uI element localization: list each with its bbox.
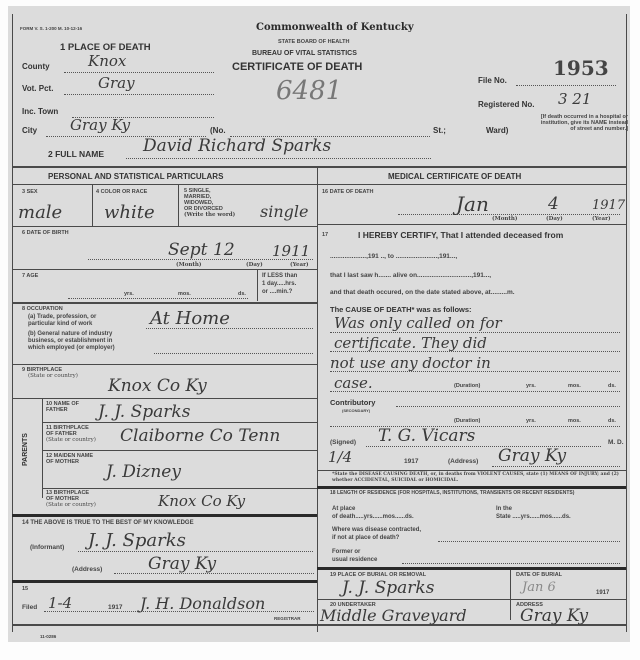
burial-date-value: Jan 6	[522, 580, 556, 595]
street-label: St.;	[433, 126, 446, 135]
informant-label: (Informant)	[30, 544, 64, 551]
dob-year-caption: (Year)	[290, 262, 309, 268]
dod-month: Jan	[456, 192, 489, 216]
parents-label: PARENTS	[22, 433, 29, 466]
dod-year: 1917	[592, 198, 625, 213]
cause-ds: ds.	[608, 383, 616, 389]
filed-year: 1917	[108, 604, 122, 611]
physician-address-value: Gray Ky	[498, 446, 566, 466]
mother-name-label: 12 MAIDEN NAME OF MOTHER	[46, 453, 93, 465]
registered-no-label: Registered No.	[478, 100, 534, 109]
age-ds: ds.	[238, 291, 246, 297]
signed-value: T. G. Vicars	[378, 426, 475, 446]
issuer-title: Commonwealth of Kentucky	[256, 22, 414, 33]
secondary-label: (SECONDARY)	[342, 408, 370, 413]
physician-address-label: (Address)	[448, 458, 478, 465]
burial-year: 1917	[596, 590, 609, 596]
certify-number: 17	[322, 232, 328, 238]
full-name-value: David Richard Sparks	[143, 136, 331, 156]
race-value: white	[104, 202, 155, 223]
cause-line-3: not use any doctor in	[330, 354, 491, 372]
former-residence-label: Former or usual residence	[332, 548, 377, 564]
in-state-label: In the	[496, 506, 512, 512]
father-birthplace-value: Claiborne Co Tenn	[120, 426, 280, 446]
informant-value: J. J. Sparks	[88, 530, 186, 551]
age-label: 7 AGE	[22, 273, 38, 279]
right-border	[626, 14, 627, 632]
sex-label: 3 SEX	[22, 189, 38, 195]
medical-heading: MEDICAL CERTIFICATE OF DEATH	[388, 172, 521, 181]
dod-label: 16 DATE OF DEATH	[322, 189, 373, 195]
at-place-label: At place	[332, 506, 355, 512]
contributory-mos: mos.	[568, 418, 581, 424]
mother-birthplace-value: Knox Co Ky	[158, 492, 245, 510]
city-value: Gray Ky	[70, 116, 130, 134]
cause-mos: mos.	[568, 383, 581, 389]
county-value: Knox	[88, 52, 126, 70]
father-name-value: J. J. Sparks	[98, 402, 190, 422]
age-yrs: yrs.	[124, 291, 134, 297]
dod-day: 4	[548, 194, 559, 214]
cause-line-2: certificate. They did	[334, 334, 487, 352]
contributory-yrs: yrs.	[526, 418, 536, 424]
occupation-label: 8 OCCUPATION	[22, 306, 63, 312]
signed-label: (Signed)	[330, 439, 356, 446]
race-label: 4 COLOR OR RACE	[96, 189, 147, 195]
cause-label: The CAUSE OF DEATH* was as follows:	[330, 305, 472, 314]
full-name-label: 2 FULL NAME	[48, 149, 104, 159]
registrar-signature: J. H. Donaldson	[140, 594, 265, 613]
birthplace-value: Knox Co Ky	[108, 376, 207, 396]
dob-month-caption: (Month)	[176, 262, 202, 268]
certificate-number: 6481	[276, 76, 342, 106]
form-number: FORM V. S. 1-200 M. 10-12-16	[20, 26, 82, 31]
mother-birthplace-label: 13 BIRTHPLACE OF MOTHER (State or countr…	[46, 490, 96, 508]
cause-line-1: Was only called on for	[334, 314, 502, 332]
dob-label: 6 DATE OF BIRTH	[22, 230, 69, 236]
filed-date: 1-4	[48, 594, 72, 612]
contracted-label: Where was disease contracted, if not at …	[332, 526, 421, 542]
address-label: (Address)	[72, 566, 102, 573]
dod-day-caption: (Day)	[546, 216, 563, 222]
cause-yrs: yrs.	[526, 383, 536, 389]
contributory-ds: ds.	[608, 418, 616, 424]
cause-footnote: *State the DISEASE CAUSING DEATH, or, in…	[332, 472, 622, 484]
contributory-duration-label: (Duration)	[454, 418, 480, 424]
birthplace-caption: (State or country)	[28, 373, 78, 379]
county-label: County	[22, 62, 50, 71]
md-label: M. D.	[608, 439, 624, 446]
dod-month-caption: (Month)	[492, 216, 518, 222]
from-to-line: ....................,191 .., to ........…	[330, 253, 457, 260]
section-15-number: 15	[22, 586, 28, 592]
file-no-label: File No.	[478, 76, 507, 85]
dod-year-caption: (Year)	[592, 216, 611, 222]
knowledge-label: 14 THE ABOVE IS TRUE TO THE BEST OF MY K…	[22, 520, 194, 526]
stamp-number: 1953	[553, 56, 609, 80]
dob-month: Sept	[168, 240, 207, 260]
dob-day-caption: (Day)	[246, 262, 263, 268]
occupation-a-label: (a) Trade, profession, or particular kin…	[28, 314, 96, 328]
registered-no-value: 3 21	[558, 90, 591, 108]
certify-text: I HEREBY CERTIFY, That I attended deceas…	[358, 230, 563, 240]
no-label: (No.	[210, 126, 226, 135]
ward-label: Ward)	[486, 126, 508, 135]
informant-address-value: Gray Ky	[148, 554, 216, 574]
sex-value: male	[18, 202, 62, 223]
bureau-title: BUREAU OF VITAL STATISTICS	[252, 50, 357, 57]
column-divider	[317, 166, 318, 632]
dob-day: 12	[213, 240, 235, 260]
last-saw-line: that I last saw h....... alive on.......…	[330, 272, 491, 279]
cause-duration-label: (Duration)	[454, 383, 480, 389]
occupation-b-label: (b) General nature of industry business,…	[28, 331, 115, 352]
marital-label: 5 SINGLE, MARRIED, WIDOWED, OR DIVORCED …	[184, 188, 235, 218]
signed-year: 1917	[404, 458, 418, 465]
footer-code: 11-0286	[40, 634, 56, 639]
burial-place-value: J. J. Sparks	[342, 578, 434, 598]
age-mos: mos.	[178, 291, 191, 297]
less-than-note: If LESS than 1 day.....hrs. or ....min.?	[262, 272, 297, 296]
inc-town-label: Inc. Town	[22, 107, 58, 116]
undertaker-value: Middle Graveyard	[320, 606, 467, 625]
vot-pct-label: Vot. Pct.	[22, 84, 53, 93]
cause-line-4: case.	[334, 374, 373, 392]
certificate-title: CERTIFICATE OF DEATH	[232, 61, 362, 73]
city-label: City	[22, 126, 37, 135]
in-state-duration: State .....yrs......mos......ds.	[496, 514, 571, 520]
filed-label: Filed	[22, 604, 37, 611]
mother-name-value: J. Dizney	[106, 462, 181, 482]
left-border	[12, 14, 13, 632]
signed-date: 1/4	[328, 448, 352, 466]
dob-year: 1911	[272, 242, 310, 260]
undertaker-address-value: Gray Ky	[520, 606, 588, 626]
contributory-label: Contributory	[330, 398, 375, 407]
residence-label: 18 LENGTH OF RESIDENCE (FOR HOSPITALS, I…	[330, 490, 622, 496]
occupation-a-value: At Home	[150, 308, 230, 329]
hospital-note: [If death occurred in a hospital or inst…	[540, 114, 628, 132]
death-certificate: FORM V. S. 1-200 M. 10-12-16 1 PLACE OF …	[8, 6, 630, 642]
marital-value: single	[260, 202, 308, 221]
vot-pct-value: Gray	[98, 74, 135, 92]
father-birthplace-label: 11 BIRTHPLACE OF FATHER (State or countr…	[46, 425, 96, 443]
at-place-duration: of death.....yrs......mos......ds.	[332, 514, 414, 520]
registrar-label: REGISTRAR	[274, 616, 301, 621]
father-name-label: 10 NAME OF FATHER	[46, 401, 79, 413]
occurred-line: and that death occured, on the date stat…	[330, 289, 515, 296]
personal-heading: PERSONAL AND STATISTICAL PARTICULARS	[48, 172, 223, 181]
burial-date-label: DATE OF BURIAL	[516, 572, 562, 578]
board-title: STATE BOARD OF HEALTH	[278, 39, 350, 45]
